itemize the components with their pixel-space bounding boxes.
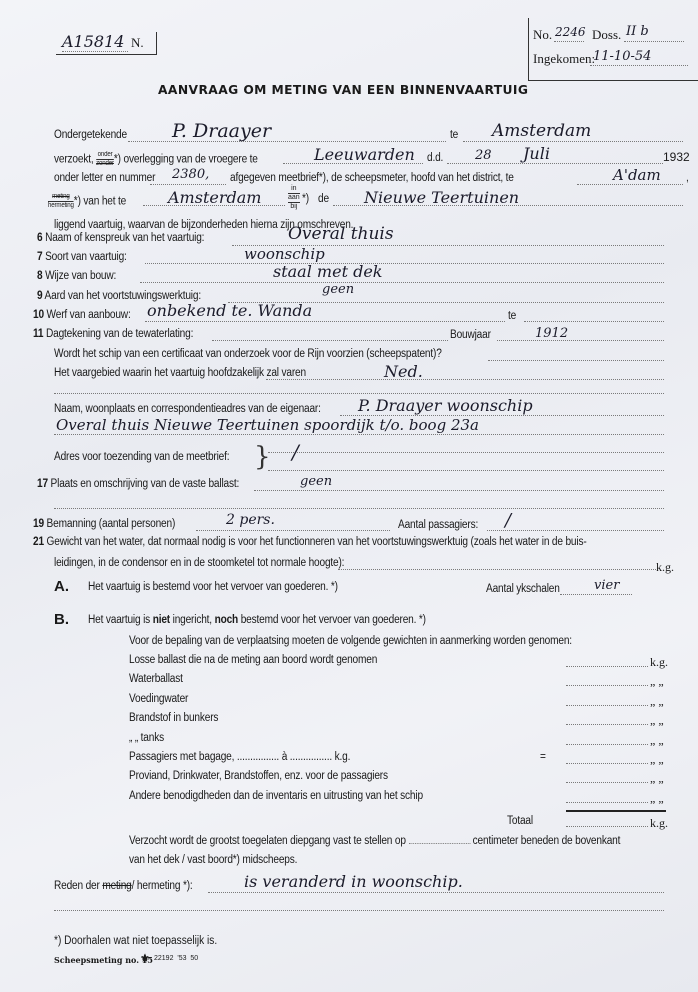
- weight-row-label: Brandstof in bunkers: [129, 712, 218, 724]
- section-b-intro: Voor de bepaling van de verplaatsing moe…: [129, 635, 572, 647]
- ykschalen-label: Aantal ykschalen: [486, 583, 560, 595]
- weight-row-unit: „ „: [650, 752, 664, 767]
- totaal-label: Totaal: [507, 815, 533, 827]
- text: Reden der: [54, 880, 100, 892]
- frac-bottom: zonder: [96, 160, 114, 168]
- onder-zonder-choice[interactable]: onderzonder: [96, 151, 114, 168]
- weight-row-input[interactable]: [566, 802, 648, 803]
- field-label: Dagtekening van de tewaterlating:: [46, 328, 193, 340]
- no-label: No.: [533, 27, 552, 43]
- ondergetekende-value[interactable]: P. Draayer: [172, 120, 271, 142]
- frac3-star: *): [302, 193, 309, 205]
- reden-value[interactable]: is veranderd in woonschip.: [244, 872, 463, 891]
- overlegging-label: overlegging van de vroegere te: [124, 154, 258, 166]
- field-num: 10: [33, 309, 44, 321]
- frac-top: in: [288, 185, 300, 193]
- shipyard-value[interactable]: onbekend te. Wanda: [147, 301, 312, 320]
- bemanning-value[interactable]: 2 pers.: [226, 512, 275, 528]
- text: / hermeting *):: [132, 880, 193, 892]
- frac-top: onder: [96, 151, 114, 160]
- field-6: 6 Naam of kenspreuk van het vaartuig:: [37, 232, 204, 244]
- te-value[interactable]: Amsterdam: [492, 121, 591, 141]
- field-num: 17: [37, 478, 48, 490]
- printer-mark-icon: ⚜: [140, 952, 150, 965]
- field-num: 6: [37, 232, 42, 244]
- section-a-letter: A.: [54, 578, 69, 595]
- adres-label: Adres voor toezending van de meetbrief:: [54, 451, 229, 463]
- weight-row-label: „ „ tanks: [129, 732, 164, 744]
- reference-suffix: N.: [131, 35, 144, 51]
- reference-number: A15814: [62, 32, 124, 51]
- vessel-name-value[interactable]: Overal thuis: [288, 224, 394, 244]
- dd-day[interactable]: 28: [475, 148, 492, 163]
- de-value[interactable]: Nieuwe Teertuinen: [364, 188, 519, 207]
- te-label: te: [450, 129, 458, 141]
- adres-value[interactable]: /: [292, 440, 299, 464]
- vessel-type-value[interactable]: woonschip: [244, 245, 325, 263]
- weight-row-unit: „ „: [650, 733, 664, 748]
- vaargebied-label: Het vaargebied waarin het vaartuig hoofd…: [54, 367, 306, 379]
- frac-top: meting: [48, 193, 74, 202]
- weight-row-input[interactable]: [566, 685, 648, 686]
- field-num: 7: [37, 251, 42, 263]
- field-11: 11 Dagtekening van de tewaterlating:: [33, 328, 193, 340]
- gewicht-line2: leidingen, in de condensor en in de stoo…: [54, 557, 344, 569]
- gewicht-unit: k.g.: [656, 560, 674, 575]
- weight-row-unit: „ „: [650, 771, 664, 786]
- bouwjaar-label: Bouwjaar: [450, 329, 491, 341]
- text-emphasis: noch: [215, 614, 238, 626]
- field-label: Soort van vaartuig:: [45, 251, 127, 263]
- weight-row-unit: „ „: [650, 791, 664, 806]
- page-title: AANVRAAG OM METING VAN EEN BINNENVAARTUI…: [158, 83, 528, 97]
- verzoekt-line: verzoekt, onderzonder*) overlegging van …: [54, 151, 258, 168]
- construction-value[interactable]: staal met dek: [273, 262, 382, 281]
- bouwjaar-value[interactable]: 1912: [535, 326, 568, 341]
- district-comma: ,: [686, 172, 689, 184]
- eigenaar-value-line1[interactable]: P. Draayer woonschip: [358, 396, 533, 415]
- weight-row-prefix: =: [540, 751, 546, 763]
- ykschalen-value[interactable]: vier: [594, 578, 619, 593]
- weight-row-input[interactable]: [566, 763, 648, 764]
- afgegeven-label: afgegeven meetbrief*), de scheepsmeter, …: [230, 172, 514, 184]
- weight-row-unit: „ „: [650, 694, 664, 709]
- van-het-te-value[interactable]: Amsterdam: [168, 188, 261, 207]
- passagiers-label: Aantal passagiers:: [398, 519, 478, 531]
- section-a-text: Het vaartuig is bestemd voor het vervoer…: [88, 581, 338, 593]
- weight-row-input[interactable]: [566, 666, 648, 667]
- doss-label: Doss.: [592, 27, 621, 43]
- text: bestemd voor het vervoer van goederen. *…: [241, 614, 426, 626]
- weight-row-input[interactable]: [566, 705, 648, 706]
- meting-hermeting-choice[interactable]: metinghermeting: [48, 193, 74, 210]
- field-num: 8: [37, 270, 42, 282]
- reden-label: Reden der meting/ hermeting *):: [54, 880, 193, 892]
- field-num: 19: [33, 518, 44, 530]
- ballast-value[interactable]: geen: [300, 474, 332, 489]
- weight-row-unit: „ „: [650, 713, 664, 728]
- text: Het vaartuig is: [88, 614, 150, 626]
- frac-mid: aan: [288, 193, 300, 203]
- weight-row-label: Waterballast: [129, 673, 183, 685]
- weight-row-input[interactable]: [566, 724, 648, 725]
- field-num: 21: [33, 536, 44, 548]
- footnote-star: *): [114, 154, 121, 166]
- frac-bottom: hermeting: [48, 202, 74, 210]
- form-page: A15814 N. No. 2246 Doss. II b Ingekomen:…: [0, 0, 698, 992]
- de-label: de: [318, 193, 329, 205]
- rijn-label: Wordt het schip van een certificaat van …: [54, 348, 442, 360]
- field-label: Werf van aanbouw:: [47, 309, 131, 321]
- field-label: Naam of kenspreuk van het vaartuig:: [45, 232, 204, 244]
- field-label: Gewicht van het water, dat normaal nodig…: [47, 536, 587, 548]
- weight-row-label: Voedingwater: [129, 693, 188, 705]
- verzoekt-label: verzoekt,: [54, 154, 93, 166]
- weight-row-input[interactable]: [566, 782, 648, 783]
- brace-symbol: }: [254, 442, 271, 472]
- weight-row-label: Passagiers met bagage, ................ …: [129, 751, 350, 763]
- text: Verzocht wordt de grootst toegelaten die…: [129, 835, 406, 847]
- in-aan-bij-choice[interactable]: in aan bij: [288, 185, 300, 211]
- field-num: 9: [37, 290, 42, 302]
- dd-label: d.d.: [427, 152, 443, 164]
- weight-row-label: Losse ballast die na de meting aan boord…: [129, 654, 377, 666]
- shipyard-te-label: te: [508, 310, 516, 322]
- footnote-star: *): [74, 196, 81, 208]
- dd-year[interactable]: 1932: [663, 150, 690, 164]
- field-num: 11: [33, 328, 43, 340]
- nummer-value[interactable]: 2380,: [172, 167, 209, 182]
- passagiers-value[interactable]: /: [505, 510, 511, 531]
- weight-row-label: Andere benodigdheden dan de inventaris e…: [129, 790, 423, 802]
- ondergetekende-label: Ondergetekende: [54, 129, 127, 141]
- print-code: 22192 '53 50: [154, 955, 198, 962]
- text-struck: meting: [102, 880, 131, 892]
- dd-month[interactable]: Juli: [523, 144, 550, 163]
- sum-rule: [566, 810, 666, 812]
- text: ingericht,: [173, 614, 212, 626]
- totaal-unit: k.g.: [650, 816, 668, 831]
- weight-row-label: Proviand, Drinkwater, Brandstoffen, enz.…: [129, 770, 388, 782]
- field-label: Wijze van bouw:: [45, 270, 116, 282]
- text-emphasis: niet: [153, 614, 170, 626]
- propulsion-value[interactable]: geen: [322, 282, 354, 297]
- van-het-te-label: van het te: [83, 196, 126, 208]
- vroegere-te-value[interactable]: Leeuwarden: [314, 145, 415, 164]
- weight-row-input[interactable]: [566, 744, 648, 745]
- eigenaar-label: Naam, woonplaats en correspondentieadres…: [54, 403, 321, 415]
- vaargebied-value[interactable]: Ned.: [384, 362, 423, 381]
- field-label: Bemanning (aantal personen): [47, 518, 176, 530]
- diepgang-line1: Verzocht wordt de grootst toegelaten die…: [129, 835, 620, 847]
- section-b-letter: B.: [54, 611, 69, 628]
- weight-row-unit: „ „: [650, 674, 664, 689]
- footnote: *) Doorhalen wat niet toepasselijk is.: [54, 935, 217, 947]
- field-7: 7 Soort van vaartuig:: [37, 251, 127, 263]
- eigenaar-value-line2[interactable]: Overal thuis Nieuwe Teertuinen spoordijk…: [56, 416, 479, 434]
- field-17: 17 Plaats en omschrijving van de vaste b…: [37, 478, 239, 490]
- field-21: 21 Gewicht van het water, dat normaal no…: [33, 536, 587, 548]
- field-label: Plaats en omschrijving van de vaste ball…: [51, 478, 240, 490]
- text: centimeter beneden de bovenkant: [473, 835, 621, 847]
- ingekomen-value: 11-10-54: [593, 49, 651, 64]
- no-value: 2246: [555, 25, 586, 39]
- diepgang-input[interactable]: [408, 843, 470, 844]
- onder-letter-label: onder letter en nummer: [54, 172, 155, 184]
- doss-value: II b: [626, 24, 649, 39]
- district-value[interactable]: A'dam: [613, 166, 661, 184]
- diepgang-line2: van het dek / vast boord*) midscheeps.: [129, 854, 297, 866]
- frac-bottom: bij: [288, 203, 300, 211]
- weight-row-unit: k.g.: [650, 655, 668, 670]
- field-19: 19 Bemanning (aantal personen): [33, 518, 175, 530]
- form-code: Scheepsmeting no. 15: [54, 955, 153, 965]
- section-b-text: Het vaartuig is niet ingericht, noch bes…: [88, 614, 426, 626]
- ingekomen-label: Ingekomen:: [533, 51, 595, 67]
- field-8: 8 Wijze van bouw:: [37, 270, 116, 282]
- meting-line: metinghermeting*) van het te: [48, 193, 126, 210]
- field-10: 10 Werf van aanbouw:: [33, 309, 131, 321]
